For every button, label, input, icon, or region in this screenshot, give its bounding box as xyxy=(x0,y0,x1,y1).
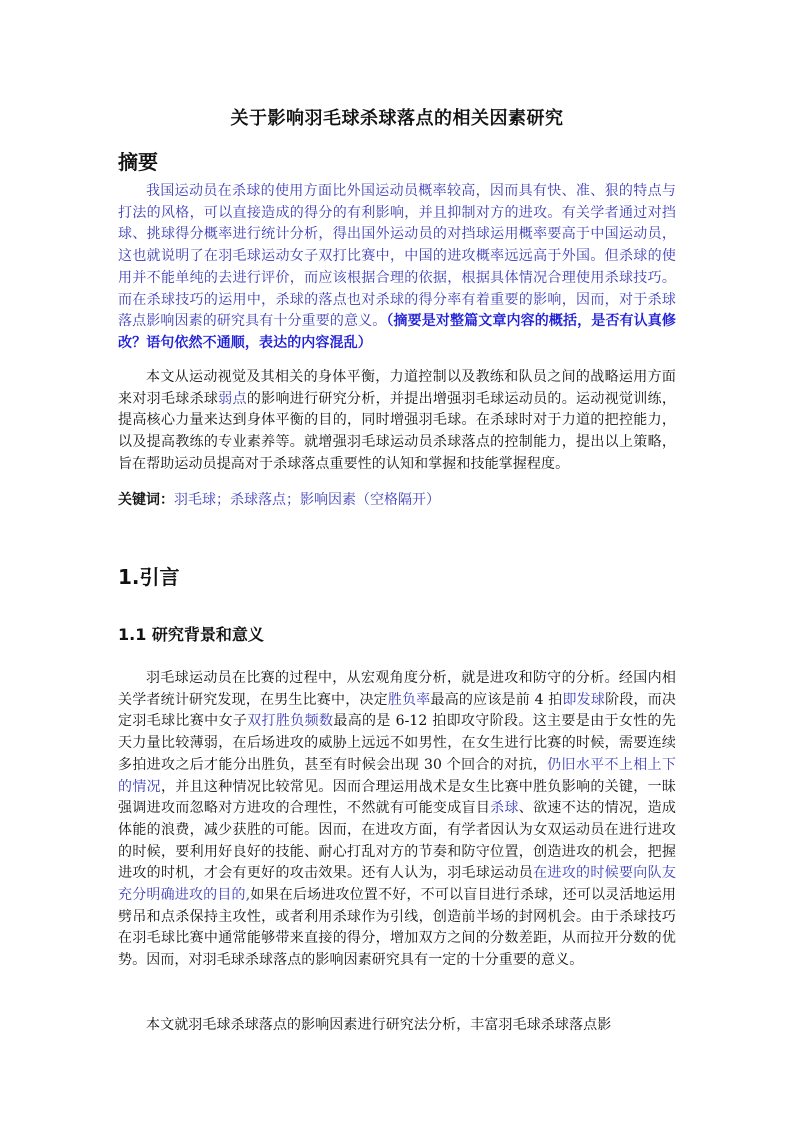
document-title: 关于影响羽毛球杀球落点的相关因素研究 xyxy=(118,104,676,130)
highlighted-term: 弱点 xyxy=(218,391,247,407)
section-heading-introduction: 1.引言 xyxy=(118,561,180,590)
highlighted-term: 胜负率 xyxy=(388,692,431,708)
keywords-line: 关键词：羽毛球；杀球落点；影响因素（空格隔开） xyxy=(118,489,440,511)
highlighted-term: 杀球 xyxy=(490,800,519,816)
keywords-label: 关键词： xyxy=(118,492,174,508)
abstract-heading: 摘要 xyxy=(118,146,158,175)
body-paragraph-2: 本文就羽毛球杀球落点的影响因素进行研究法分析，丰富羽毛球杀球落点影 xyxy=(118,1015,676,1037)
subsection-heading-background: 1.1 研究背景和意义 xyxy=(118,622,264,645)
body-paragraph-1: 羽毛球运动员在比赛的过程中，从宏观角度分析，就是进攻和防守的分析。经国内相关学者… xyxy=(118,668,676,972)
highlighted-term: 即发球 xyxy=(562,692,605,708)
text-span: 最高的应该是前 4 拍 xyxy=(431,692,563,708)
abstract-text: 我国运动员在杀球的使用方面比外国运动员概率较高，因而具有快、准、狠的特点与打法的… xyxy=(118,183,676,329)
abstract-paragraph-1: 我国运动员在杀球的使用方面比外国运动员概率较高，因而具有快、准、狠的特点与打法的… xyxy=(118,181,676,355)
highlighted-term: 双打胜负频数 xyxy=(247,713,333,729)
keywords-value: 羽毛球；杀球落点；影响因素（空格隔开） xyxy=(174,492,440,508)
abstract-paragraph-2: 本文从运动视觉及其相关的身体平衡，力道控制以及教练和队员之间的战略运用方面来对羽… xyxy=(118,367,676,476)
